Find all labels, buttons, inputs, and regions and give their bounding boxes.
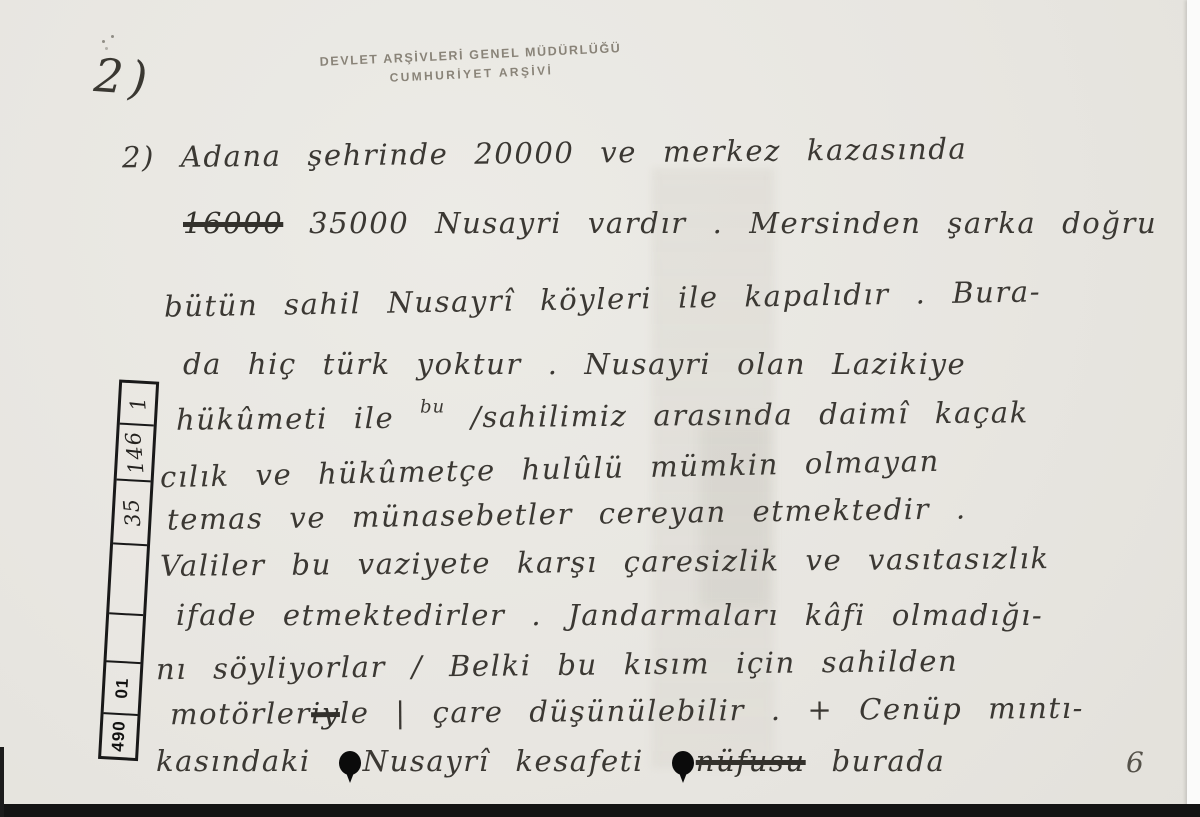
- handwriting-segment: 35000 Nusayri vardır . Mersinden şarka d…: [283, 206, 1157, 240]
- classification-label: 1 146 35 01 490: [98, 379, 159, 761]
- paper-edge-right: [1187, 0, 1200, 817]
- handwritten-line-11: motörleriyle | çare düşünülebilir . + Ce…: [170, 691, 1084, 731]
- handwriting-segment: hükûmeti ile: [176, 401, 420, 437]
- handwritten-line-10: nı söyliyorlar / Belki bu kısım için sah…: [156, 644, 959, 686]
- page-number: 6: [1126, 746, 1144, 779]
- handwritten-line-1: 2) Adana şehrinde 20000 ve merkez kazası…: [122, 132, 968, 175]
- label-number: 1: [125, 395, 150, 411]
- handwriting-segment: temas ve münasebetler cereyan etmektedir…: [167, 491, 967, 536]
- handwritten-line-12: kasındaki Nusayrî kesafeti nüfusu burada: [156, 744, 945, 778]
- handwritten-line-4: da hiç türk yoktur . Nusayri olan Laziki…: [183, 347, 966, 381]
- label-cell-empty: [106, 614, 143, 664]
- handwritten-line-5: hükûmeti ile bu /sahilimiz arasında daim…: [176, 395, 1029, 436]
- label-cell-dossier: 1: [120, 383, 156, 427]
- struck-word: 16000: [183, 206, 283, 240]
- struck-word: iy: [311, 696, 340, 730]
- label-number: 146: [121, 430, 149, 475]
- label-cell-empty: [109, 544, 147, 616]
- handwriting-segment: motörler: [170, 696, 311, 731]
- handwritten-line-7: temas ve münasebetler cereyan etmektedir…: [167, 491, 967, 536]
- handwritten-line-8: Valiler bu vaziyete karşı çaresizlik ve …: [160, 541, 1050, 583]
- handwriting-segment: cılık ve hükûmetçe hulûlü mümkin olmayan: [160, 444, 940, 494]
- paper-edge-bottom: [0, 804, 1200, 817]
- section-numeral: 2): [92, 48, 155, 106]
- paper-edge-left: [0, 747, 4, 817]
- handwriting-segment: 2) Adana şehrinde 20000 ve merkez kazası…: [122, 132, 968, 175]
- label-number: 01: [111, 677, 132, 699]
- label-cell-fond: 490: [101, 714, 137, 758]
- handwriting-segment: burada: [806, 744, 946, 778]
- handwriting-segment: ifade etmektedirler . Jandarmaları kâfi …: [176, 598, 1043, 632]
- label-cell-file: 146: [117, 425, 154, 483]
- handwriting-segment: kasındaki: [156, 744, 337, 778]
- handwriting-segment: Valiler bu vaziyete karşı çaresizlik ve …: [160, 541, 1050, 583]
- handwriting-segment: da hiç türk yoktur . Nusayri olan Laziki…: [183, 347, 966, 381]
- handwritten-line-9: ifade etmektedirler . Jandarmaları kâfi …: [176, 598, 1043, 632]
- handwriting-segment: Nusayrî kesafeti: [363, 744, 670, 778]
- archive-stamp: DEVLET ARŞİVLERİ GENEL MÜDÜRLÜĞÜ CUMHURİ…: [315, 39, 626, 91]
- handwritten-line-2: 16000 35000 Nusayri vardır . Mersinden ş…: [183, 206, 1157, 240]
- handwritten-line-6: cılık ve hükûmetçe hulûlü mümkin olmayan: [160, 444, 940, 494]
- label-number: 35: [119, 497, 145, 528]
- handwriting-segment: /sahilimiz arasında daimî kaçak: [445, 395, 1029, 434]
- ink-specks: [102, 40, 105, 43]
- label-number: 490: [108, 720, 130, 752]
- label-cell-box: 35: [113, 480, 151, 546]
- handwriting-segment: bütün sahil Nusayrî köyleri ile kapalıdı…: [164, 274, 1042, 323]
- ink-blot: [339, 751, 361, 775]
- inserted-word: bu: [420, 397, 445, 418]
- handwriting-segment: nı söyliyorlar / Belki bu kısım için sah…: [156, 644, 959, 686]
- struck-word: nüfusu: [696, 744, 806, 778]
- scanned-document-page: DEVLET ARŞİVLERİ GENEL MÜDÜRLÜĞÜ CUMHURİ…: [0, 0, 1200, 817]
- handwritten-line-3: bütün sahil Nusayrî köyleri ile kapalıdı…: [164, 274, 1042, 323]
- ink-blot: [672, 751, 694, 775]
- handwriting-segment: le | çare düşünülebilir . + Cenüp mıntı-: [340, 691, 1084, 730]
- label-cell-catalog-sub: 01: [104, 662, 141, 716]
